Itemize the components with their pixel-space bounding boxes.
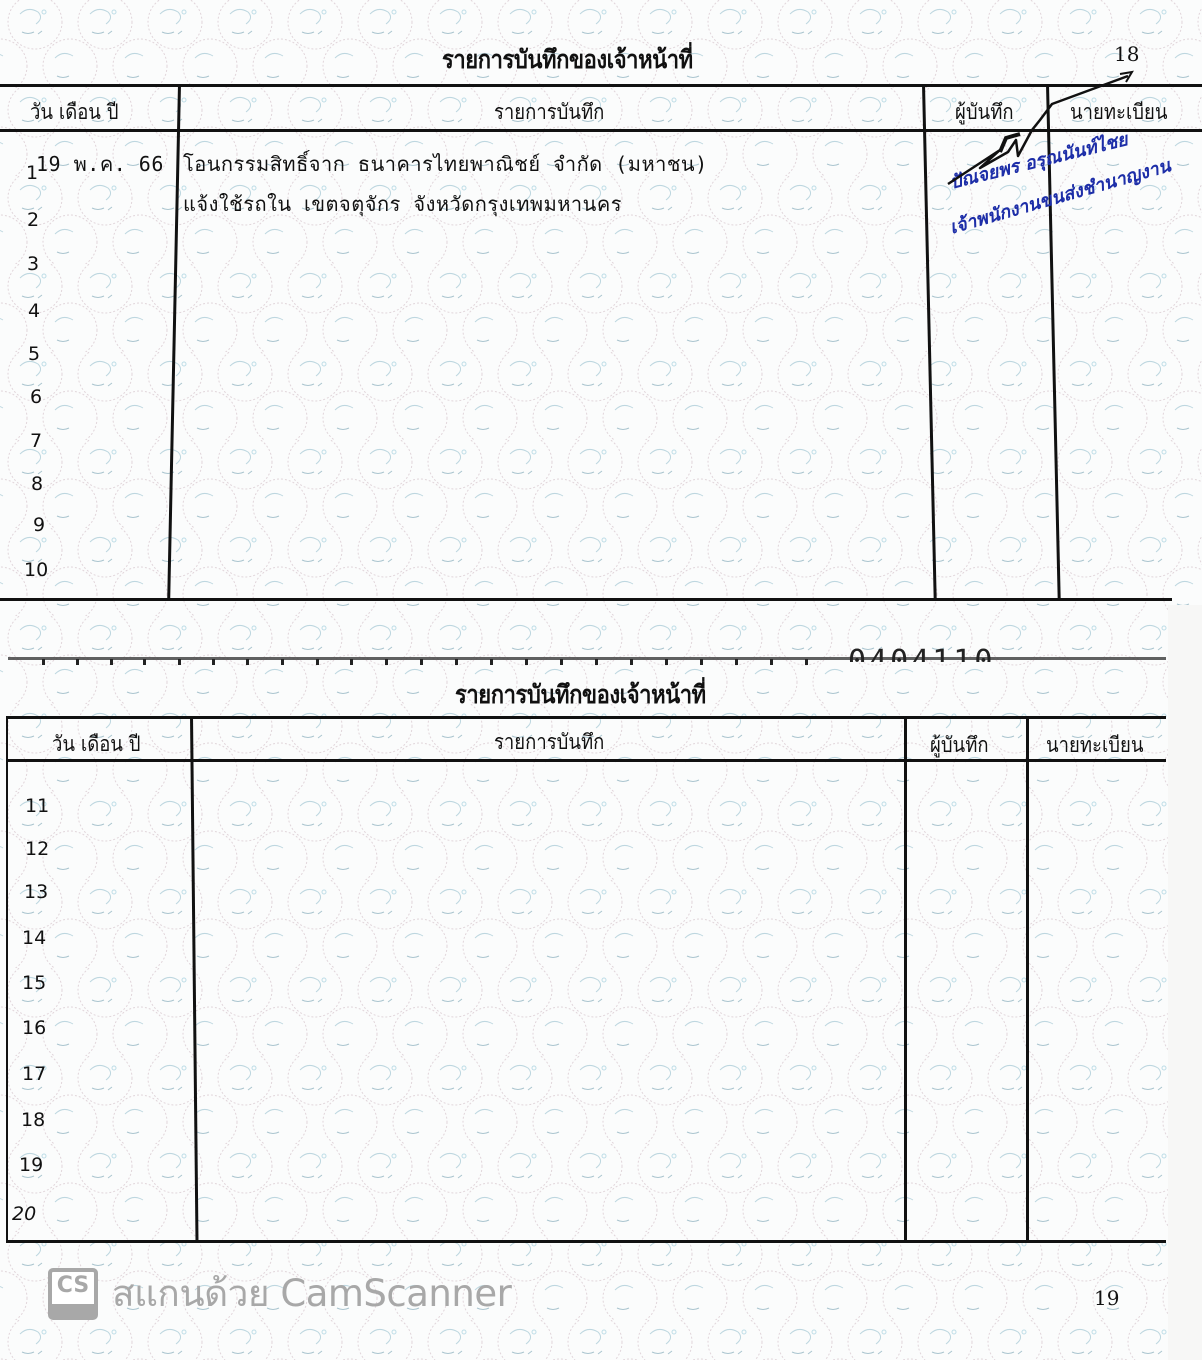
- table-bottom-border: [0, 598, 1172, 601]
- row-number: 5: [28, 343, 40, 365]
- column-header-date: วัน เดือน ปี: [30, 96, 119, 129]
- watermark-text: สแกนด้วย CamScanner: [112, 1264, 511, 1323]
- column-header-record: รายการบันทึก: [494, 96, 604, 129]
- row-number: 10: [24, 559, 48, 581]
- col-divider-recorder: [1026, 716, 1029, 1242]
- row-number: 9: [33, 514, 45, 536]
- camscanner-logo-icon: CS: [48, 1268, 98, 1320]
- row-number: 17: [22, 1063, 46, 1085]
- col-divider-record: [904, 716, 907, 1242]
- row-number: 6: [30, 386, 42, 408]
- officer-records-page-19: รายการบันทึกของเจ้าหน้าที่ วัน เดือน ปี …: [0, 605, 1202, 1360]
- entry-date: 19 พ.ค. 66: [36, 148, 164, 180]
- table-left-border: [6, 716, 8, 1242]
- row-number: 11: [25, 795, 49, 817]
- row-number: 14: [22, 927, 46, 949]
- row-number: 16: [22, 1017, 46, 1039]
- col-divider-date: [167, 84, 181, 600]
- col-divider-date: [190, 716, 199, 1242]
- row-number: 13: [24, 881, 48, 903]
- row-number: 2: [27, 209, 39, 231]
- fold-serial-number: 0404110: [848, 640, 995, 662]
- row-number: 19: [19, 1154, 43, 1176]
- row-number: 4: [28, 300, 40, 322]
- col-divider-record: [922, 84, 937, 600]
- signature-mark: [940, 60, 1180, 200]
- column-header-registrar: นายทะเบียน: [1046, 729, 1143, 762]
- officer-records-page-18: รายการบันทึกของเจ้าหน้าที่ 18 วัน เดือน …: [0, 0, 1202, 605]
- row-number: 12: [25, 838, 49, 860]
- camscanner-watermark: CS สแกนด้วย CamScanner: [48, 1264, 511, 1323]
- page-number: 19: [1094, 1286, 1119, 1310]
- table-top-border: [8, 716, 1166, 719]
- row-number: 8: [31, 473, 43, 495]
- page-edge: [1168, 605, 1202, 1360]
- header-bottom-border: [8, 759, 1166, 762]
- entry-record-line-1: โอนกรรมสิทธิ์จาก ธนาคารไทยพาณิชย์ จำกัด …: [183, 148, 708, 180]
- row-number: 7: [30, 430, 42, 452]
- page-title: รายการบันทึกของเจ้าหน้าที่: [442, 40, 693, 80]
- column-header-date: วัน เดือน ปี: [52, 728, 141, 761]
- row-number: 18: [21, 1109, 45, 1131]
- row-number: 3: [27, 253, 39, 275]
- entry-record-line-2: แจ้งใช้รถใน เขตจตุจักร จังหวัดกรุงเทพมหา…: [183, 188, 622, 220]
- row-number: 20: [12, 1203, 36, 1225]
- table-bottom-border: [6, 1240, 1166, 1243]
- column-header-record: รายการบันทึก: [494, 726, 604, 759]
- row-number: 15: [22, 972, 46, 994]
- column-header-recorder: ผู้บันทึก: [930, 729, 989, 762]
- page-title: รายการบันทึกของเจ้าหน้าที่: [455, 675, 706, 715]
